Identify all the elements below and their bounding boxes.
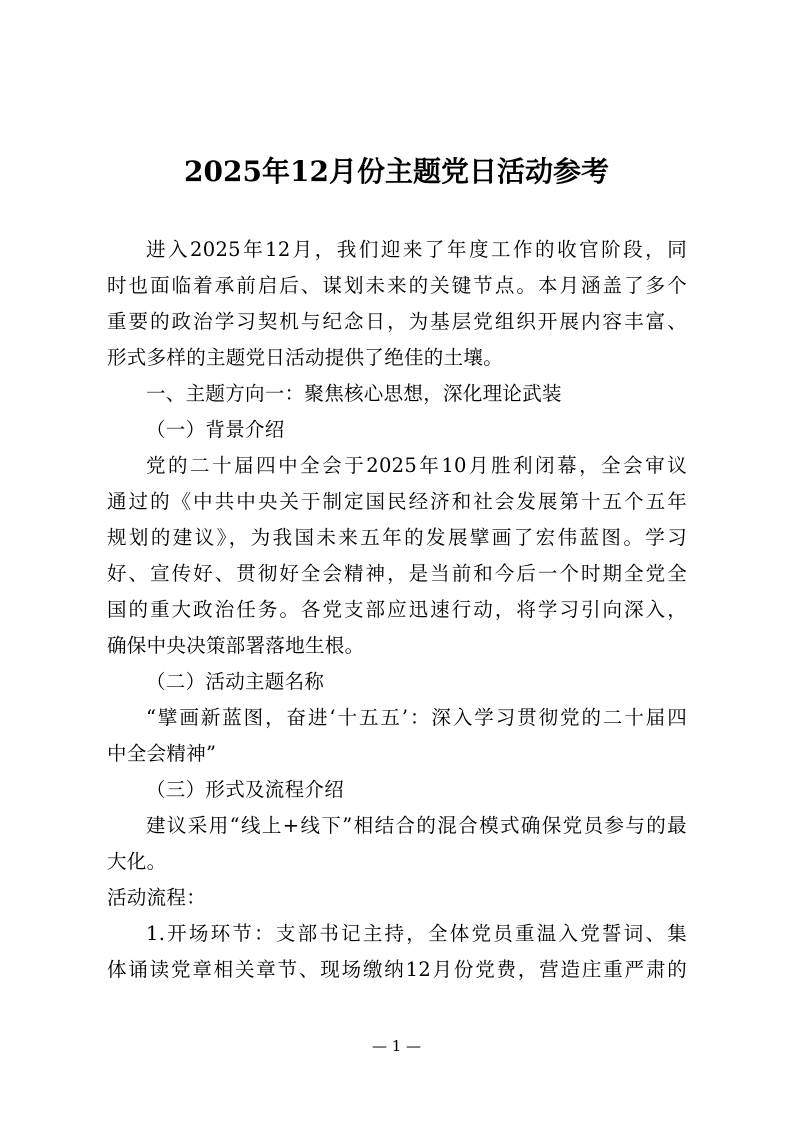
- document-body: 进入2025年12月，我们迎来了年度工作的收官阶段，同 时也面临着承前启后、谋划…: [107, 232, 687, 988]
- subsection-heading: （一）背景介绍: [107, 412, 687, 448]
- paragraph-line: “擘画新蓝图，奋进‘十五五’：深入学习贯彻党的二十届四: [107, 700, 687, 736]
- paragraph-line: 好、宣传好、贯彻好全会精神，是当前和今后一个时期全党全: [107, 556, 687, 592]
- section-heading: 一、主题方向一：聚焦核心思想，深化理论武装: [107, 376, 687, 412]
- subsection-heading: （二）活动主题名称: [107, 664, 687, 700]
- paragraph-line: 建议采用“线上+线下”相结合的混合模式确保党员参与的最: [107, 808, 687, 844]
- paragraph-line: 确保中央决策部署落地生根。: [107, 628, 687, 664]
- paragraph-line: 大化。: [107, 844, 687, 880]
- paragraph-line: 体诵读党章相关章节、现场缴纳12月份党费，营造庄重严肃的: [107, 952, 687, 988]
- paragraph-line: 党的二十届四中全会于2025年10月胜利闭幕，全会审议: [107, 448, 687, 484]
- paragraph-line: 形式多样的主题党日活动提供了绝佳的土壤。: [107, 340, 687, 376]
- paragraph-line: 进入2025年12月，我们迎来了年度工作的收官阶段，同: [107, 232, 687, 268]
- paragraph-line: 中全会精神”: [107, 736, 687, 772]
- document-page: 2025年12月份主题党日活动参考 进入2025年12月，我们迎来了年度工作的收…: [0, 0, 793, 1122]
- paragraph-line: 规划的建议》，为我国未来五年的发展擘画了宏伟蓝图。学习: [107, 520, 687, 556]
- subsection-heading: （三）形式及流程介绍: [107, 772, 687, 808]
- paragraph-line: 时也面临着承前启后、谋划未来的关键节点。本月涵盖了多个: [107, 268, 687, 304]
- paragraph-line: 活动流程：: [107, 880, 687, 916]
- document-title: 2025年12月份主题党日活动参考: [0, 150, 793, 194]
- paragraph-line: 1.开场环节：支部书记主持，全体党员重温入党誓词、集: [107, 916, 687, 952]
- page-number: — 1 —: [0, 1036, 793, 1056]
- paragraph-line: 重要的政治学习契机与纪念日，为基层党组织开展内容丰富、: [107, 304, 687, 340]
- paragraph-line: 国的重大政治任务。各党支部应迅速行动，将学习引向深入，: [107, 592, 687, 628]
- paragraph-line: 通过的《中共中央关于制定国民经济和社会发展第十五个五年: [107, 484, 687, 520]
